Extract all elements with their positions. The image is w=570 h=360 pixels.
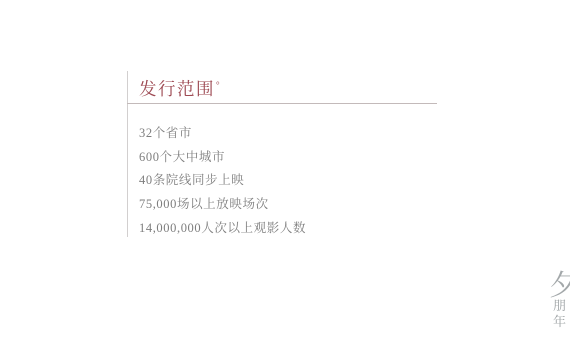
distribution-stats-list: 32个省市 600个大中城市 40条院线同步上映 75,000场以上放映场次 1… [139,120,306,239]
list-item: 600个大中城市 [139,144,306,168]
section-title-superscript-mark: ° [216,80,220,90]
edge-watermark-char: 年 [553,314,566,330]
left-accent-rule [127,71,128,237]
edge-watermark-small-chars: 朋 年 [553,298,566,330]
section-title-text: 发行范围 [139,79,215,99]
section-title: 发行范围° [139,75,220,99]
list-item: 14,000,000人次以上观影人数 [139,215,306,239]
list-item: 32个省市 [139,120,306,144]
slide-canvas: 发行范围° 32个省市 600个大中城市 40条院线同步上映 75,000场以上… [0,0,570,360]
title-underline-rule [127,103,437,104]
list-item: 40条院线同步上映 [139,168,306,192]
edge-watermark-char: 朋 [553,298,566,314]
list-item: 75,000场以上放映场次 [139,191,306,215]
